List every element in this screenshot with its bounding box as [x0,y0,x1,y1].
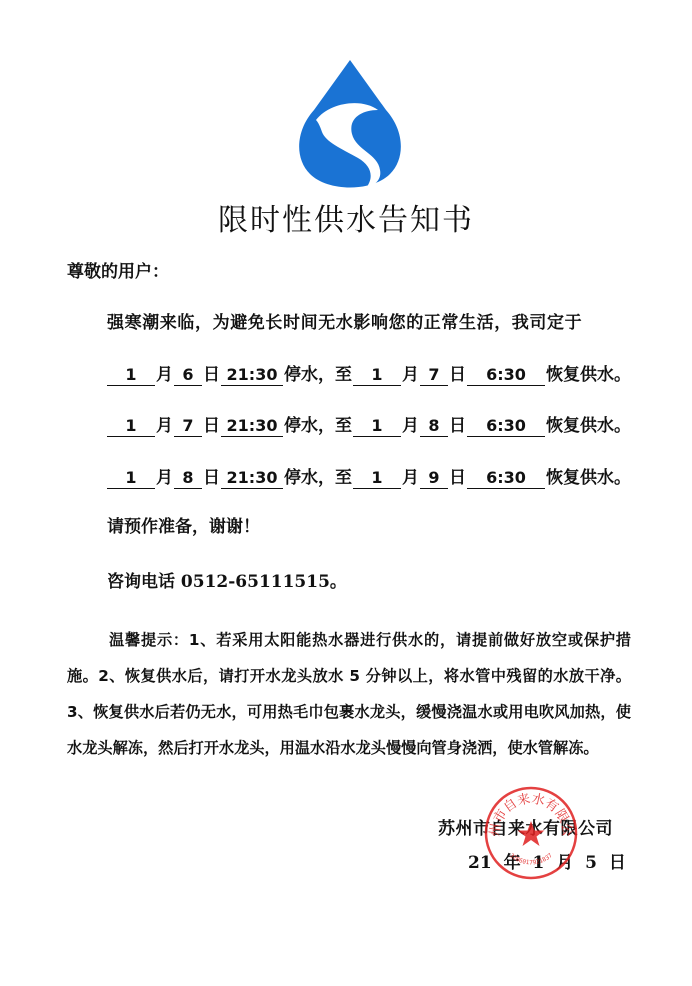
stop-time: 21:30 [221,468,283,489]
day-label: 日 [202,360,221,385]
greeting: 尊敬的用户： [67,257,169,282]
day-label: 日 [202,463,221,488]
resume-time: 6:30 [467,365,545,386]
resume-month: 1 [353,416,401,437]
schedule-line: 1 月 8 日 21:30 停水，至 1 月 9 日 6:30 恢复供水。 [107,463,632,489]
day-label: 日 [448,360,467,385]
month-label: 月 [155,463,174,488]
resume-month: 1 [353,468,401,489]
stop-month: 1 [107,468,155,489]
resume-label: 恢复供水。 [545,360,632,385]
month-label: 月 [401,411,420,436]
resume-time: 6:30 [467,468,545,489]
stop-label: 停水，至 [283,360,353,385]
month-label: 月 [155,360,174,385]
warm-tips: 温馨提示：1、若采用太阳能热水器进行供水的，请提前做好放空或保护措施。2、恢复供… [67,622,631,766]
resume-day: 8 [420,416,448,437]
resume-label: 恢复供水。 [545,463,632,488]
stop-label: 停水，至 [283,411,353,436]
stop-time: 21:30 [221,365,283,386]
stop-month: 1 [107,365,155,386]
stop-month: 1 [107,416,155,437]
schedule-line: 1 月 7 日 21:30 停水，至 1 月 8 日 6:30 恢复供水。 [107,411,632,437]
stop-label: 停水，至 [283,463,353,488]
resume-label: 恢复供水。 [545,411,632,436]
day-label: 日 [448,411,467,436]
stop-day: 7 [174,416,202,437]
page-title: 限时性供水告知书 [0,195,692,239]
month-label: 月 [155,411,174,436]
stamp-number: 3206017921837 [508,852,554,866]
resume-time: 6:30 [467,416,545,437]
resume-month: 1 [353,365,401,386]
intro-paragraph: 强寒潮来临，为避免长时间无水影响您的正常生活，我司定于 [107,308,582,333]
red-star-seal-icon: 苏州市自来水有限公司 3206017921837 [483,785,579,881]
day-label: 日 [448,463,467,488]
contact-phone: 咨询电话 0512-65111515。 [107,567,347,592]
stop-time: 21:30 [221,416,283,437]
stop-day: 8 [174,468,202,489]
stop-day: 6 [174,365,202,386]
water-drop-s-logo-icon [292,58,408,190]
month-label: 月 [401,360,420,385]
day-label: 日 [202,411,221,436]
resume-day: 9 [420,468,448,489]
resume-day: 7 [420,365,448,386]
schedule-line: 1 月 6 日 21:30 停水，至 1 月 7 日 6:30 恢复供水。 [107,360,632,386]
svg-text:3206017921837: 3206017921837 [508,852,554,866]
preparation-note: 请预作准备，谢谢！ [107,512,260,537]
month-label: 月 [401,463,420,488]
